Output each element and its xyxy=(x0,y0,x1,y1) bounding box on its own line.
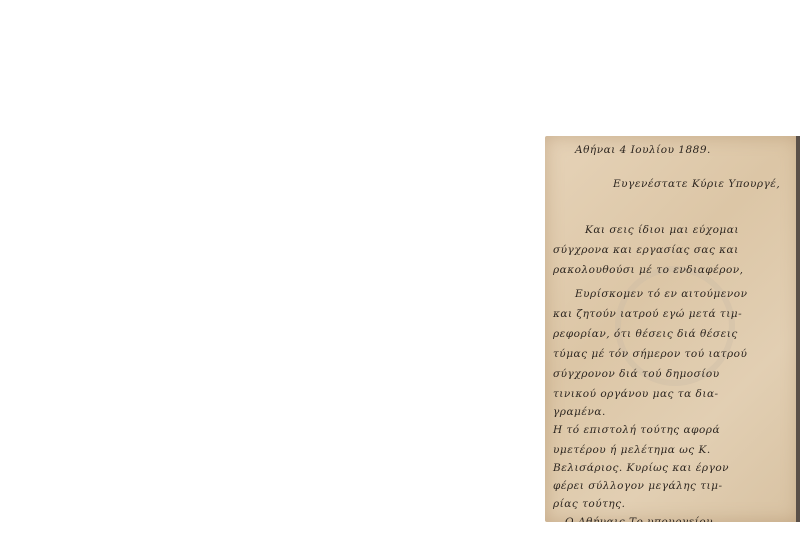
letter-line: Βελισάριος. Κυρίως και έργον xyxy=(553,462,729,474)
letter-line: σύγχρονον διά τού δημοσίου xyxy=(553,368,720,380)
letter-line: γραμένα. xyxy=(553,406,606,418)
letter-line: Ευρίσκομεν τό εν αιτούμενον xyxy=(575,288,747,300)
handwritten-letter: Αθήναι 4 Ιουλίου 1889. Ευγενέστατε Κύριε… xyxy=(545,136,800,522)
letter-line: υμετέρου ή μελέτημα ως Κ. xyxy=(553,444,711,456)
letter-line: Ο Αθήναις Το υπουργείον xyxy=(565,516,713,522)
letter-dateline: Αθήναι 4 Ιουλίου 1889. xyxy=(575,144,711,156)
letter-line: φέρει σύλλογον μεγάλης τιμ- xyxy=(553,480,723,492)
letter-line: ρεφορίαν, ότι θέσεις διά θέσεις xyxy=(553,328,738,340)
letter-line: Και σεις ίδιοι μαι εύχομαι xyxy=(585,224,739,236)
letter-line: ρίας τούτης. xyxy=(553,498,625,510)
letter-line: τινικού οργάνου μας τα δια- xyxy=(553,388,719,400)
letter-line: και ζητούν ιατρού εγώ μετά τιμ- xyxy=(553,308,742,320)
letter-line: τύμας μέ τόν σήμερον τού ιατρού xyxy=(553,348,747,360)
letter-line: Η τό επιστολή τούτης αφορά xyxy=(553,424,720,436)
letter-salutation: Ευγενέστατε Κύριε Υπουργέ, xyxy=(613,178,780,190)
letter-line: σύγχρονα και εργασίας σας και xyxy=(553,244,739,256)
letter-line: ρακολουθούσι μέ το ενδιαφέρον, xyxy=(553,264,744,276)
page-edge xyxy=(796,136,800,522)
